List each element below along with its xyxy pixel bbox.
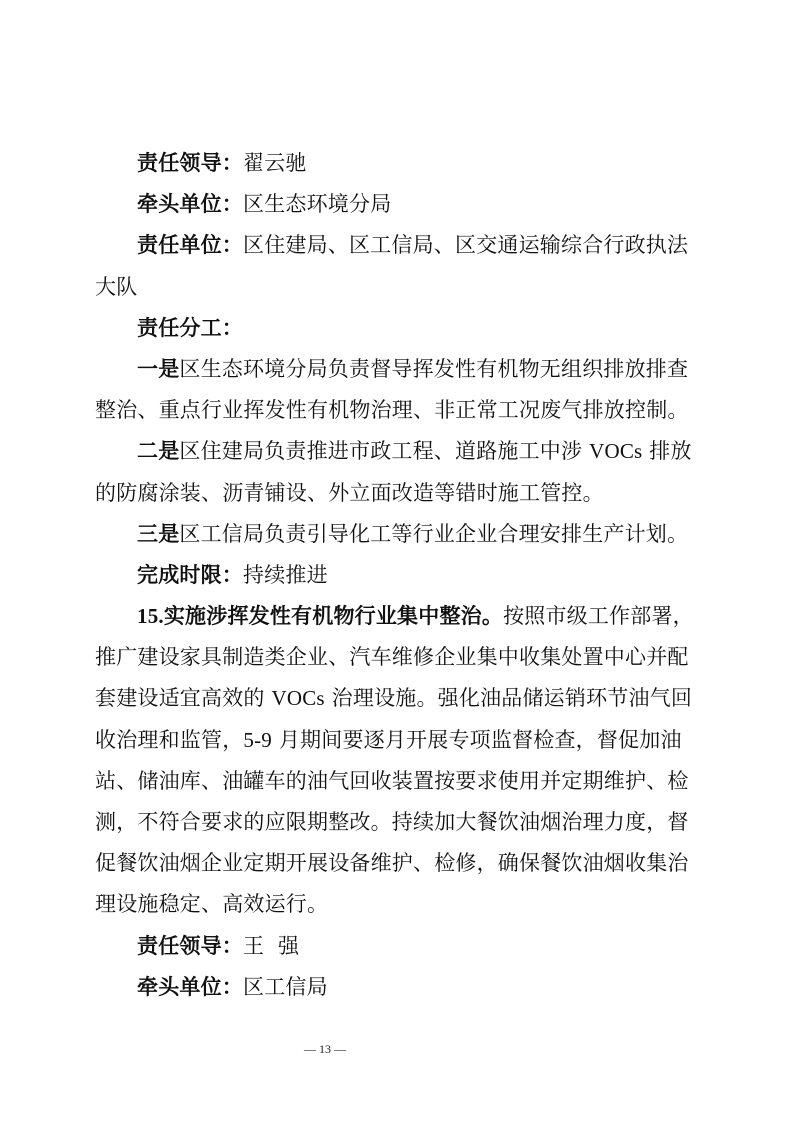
deadline-value: 持续推进 (243, 563, 328, 587)
duty-item-2-continuation: 的防腐涂装、沥青铺设、外立面改造等错时施工管控。 (95, 473, 699, 514)
duty-item-2: 二是区住建局负责推进市政工程、道路施工中涉 VOCs 排放 (95, 431, 699, 472)
duty-item-3-prefix: 三是 (137, 522, 179, 546)
duty-item-1: 一是区生态环境分局负责督导挥发性有机物无组织排放排查 (95, 349, 699, 390)
duty-item-2-prefix: 二是 (137, 439, 179, 463)
lead-unit-label: 牵头单位： (137, 975, 243, 999)
duty-item-1-text: 区生态环境分局负责督导挥发性有机物无组织排放排查 (179, 357, 688, 381)
responsible-leader-value: 翟云驰 (243, 151, 307, 175)
duty-item-2-text-b: 排放 (642, 439, 691, 463)
responsible-unit-label: 责任单位： (137, 233, 243, 257)
section-body-text: 治理设施。强化油品储运销环节油气回 (325, 686, 692, 710)
section-body-text: 月期间要逐月开展专项监督检查，督促加油 (272, 728, 682, 752)
section-body-latin: VOCs (271, 686, 324, 710)
responsible-leader-line: 责任领导：翟云驰 (95, 143, 699, 184)
duty-item-1-text-cont: 整治、重点行业挥发性有机物治理、非正常工况废气排放控制。 (95, 398, 689, 422)
page-number: — 13 — (0, 1042, 650, 1057)
responsible-unit-line: 责任单位：区住建局、区工信局、区交通运输综合行政执法 (95, 225, 699, 266)
responsible-leader-value: 王 强 (243, 934, 299, 958)
lead-unit-value: 区工信局 (243, 975, 328, 999)
section-body-latin: 5-9 (243, 728, 272, 752)
section-body-line-8: 理设施稳定、高效运行。 (95, 884, 699, 925)
section-body-text: 站、储油库、油罐车的油气回收装置按要求使用并定期维护、检 (95, 769, 689, 793)
section-body-line-5: 站、储油库、油罐车的油气回收装置按要求使用并定期维护、检 (95, 761, 699, 802)
duty-item-2-text-cont: 的防腐涂装、沥青铺设、外立面改造等错时施工管控。 (95, 481, 604, 505)
lead-unit-value: 区生态环境分局 (243, 192, 391, 216)
responsible-leader-label: 责任领导： (137, 151, 243, 175)
section-body-text: 套建设适宜高效的 (95, 686, 271, 710)
division-of-duties-heading: 责任分工： (95, 308, 699, 349)
duty-item-1-continuation: 整治、重点行业挥发性有机物治理、非正常工况废气排放控制。 (95, 390, 699, 431)
responsible-unit-value: 区住建局、区工信局、区交通运输综合行政执法 (243, 233, 688, 257)
section-body-text: 推广建设家具制造类企业、汽车维修企业集中收集处置中心并配 (95, 645, 689, 669)
responsible-leader-label: 责任领导： (137, 934, 243, 958)
section-body-line-3: 套建设适宜高效的 VOCs 治理设施。强化油品储运销环节油气回 (95, 678, 699, 719)
section-body-text: 理设施稳定、高效运行。 (95, 892, 328, 916)
responsible-unit-continuation: 大队 (95, 267, 699, 308)
deadline-label: 完成时限： (137, 563, 243, 587)
section-body-start: 按照市级工作部署， (503, 604, 694, 628)
lead-unit-line: 牵头单位：区生态环境分局 (95, 184, 699, 225)
responsible-leader-line-2: 责任领导：王 强 (95, 926, 699, 967)
duty-item-2-text-a: 区住建局负责推进市政工程、道路施工中涉 (179, 439, 589, 463)
section-body-text: 促餐饮油烟企业定期开展设备维护、检修，确保餐饮油烟收集治 (95, 851, 689, 875)
section-body-text: 收治理和监管， (95, 728, 243, 752)
section-body-line-6: 测，不符合要求的应限期整改。持续加大餐饮油烟治理力度，督 (95, 802, 699, 843)
section-15-heading: 15.实施涉挥发性有机物行业集中整治。按照市级工作部署， (95, 596, 699, 637)
lead-unit-line-2: 牵头单位：区工信局 (95, 967, 699, 1008)
division-label: 责任分工： (137, 316, 243, 340)
section-body-line-4: 收治理和监管，5-9 月期间要逐月开展专项监督检查，督促加油 (95, 720, 699, 761)
duty-item-1-prefix: 一是 (137, 357, 179, 381)
section-body-line-2: 推广建设家具制造类企业、汽车维修企业集中收集处置中心并配 (95, 637, 699, 678)
responsible-unit-value-cont: 大队 (95, 275, 137, 299)
deadline-line: 完成时限：持续推进 (95, 555, 699, 596)
section-body-text: 测，不符合要求的应限期整改。持续加大餐饮油烟治理力度，督 (95, 810, 689, 834)
duty-item-3-text: 区工信局负责引导化工等行业企业合理安排生产计划。 (179, 522, 688, 546)
document-page: 责任领导：翟云驰 牵头单位：区生态环境分局 责任单位：区住建局、区工信局、区交通… (95, 143, 699, 1008)
section-title: 实施涉挥发性有机物行业集中整治。 (164, 604, 503, 628)
section-body-line-7: 促餐饮油烟企业定期开展设备维护、检修，确保餐饮油烟收集治 (95, 843, 699, 884)
section-number: 15. (137, 604, 164, 628)
duty-item-2-latin: VOCs (589, 439, 642, 463)
lead-unit-label: 牵头单位： (137, 192, 243, 216)
duty-item-3: 三是区工信局负责引导化工等行业企业合理安排生产计划。 (95, 514, 699, 555)
